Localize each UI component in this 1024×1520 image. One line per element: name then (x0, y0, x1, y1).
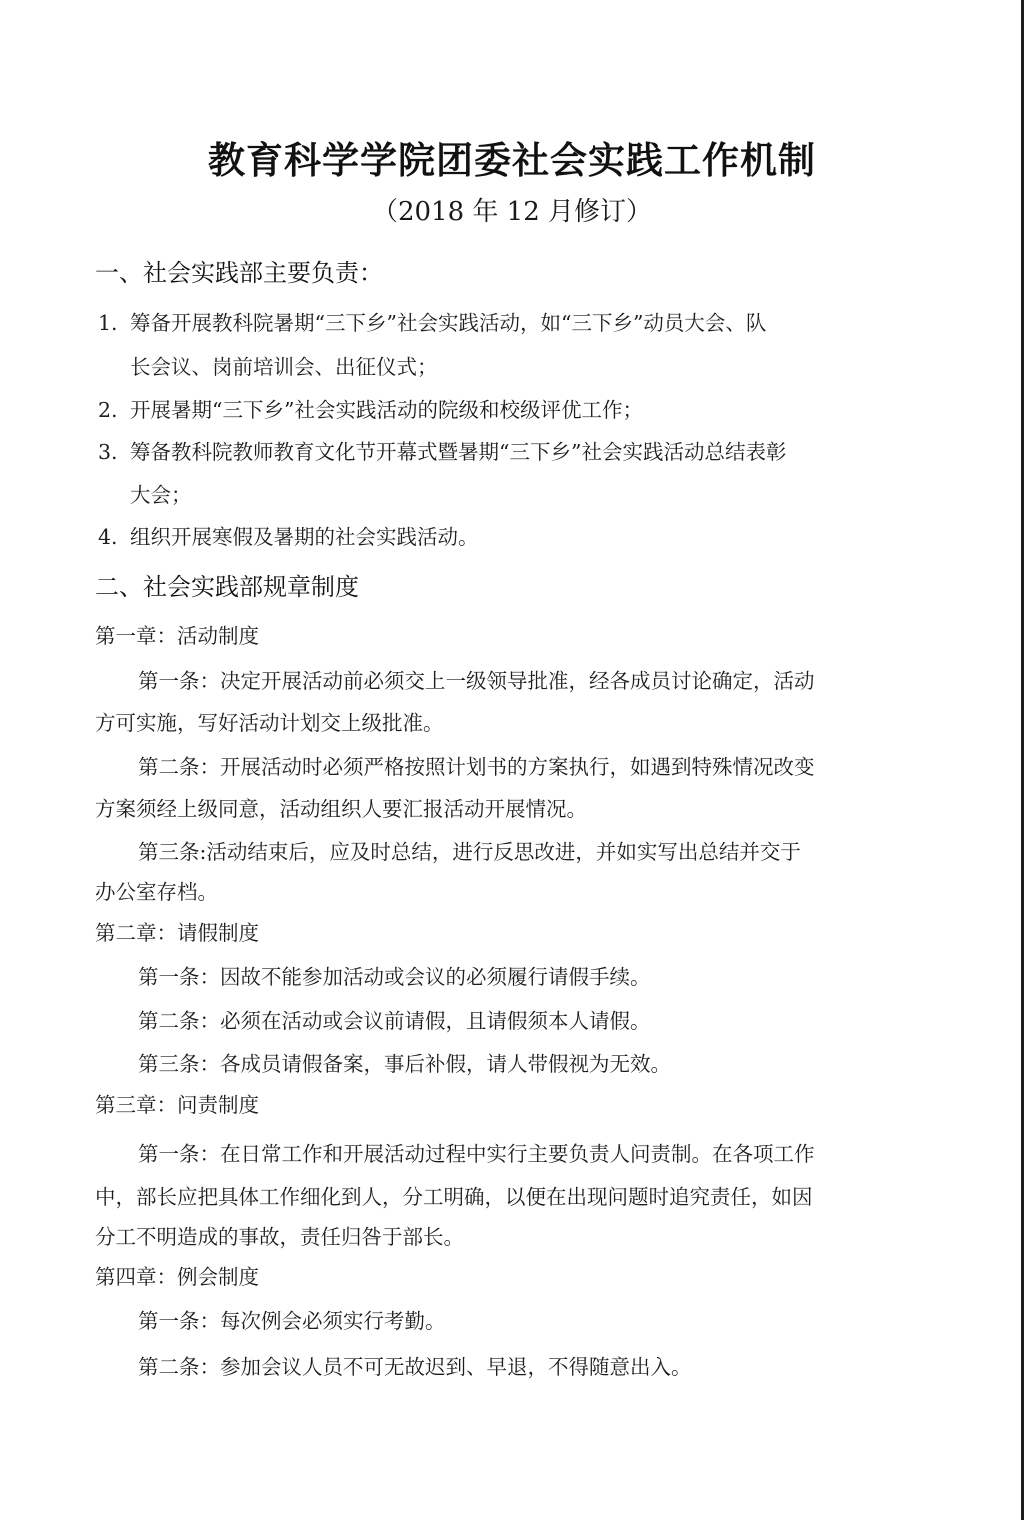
chapter-2-article-2: 第二条：必须在活动或会议前请假，且请假须本人请假。 (138, 1004, 651, 1034)
chapter-1-article-2: 第二条：开展活动时必须严格按照计划书的方案执行，如遇到特殊情况改变 (138, 750, 815, 780)
chapter-1-article-3: 第三条:活动结束后，应及时总结，进行反思改进，并如实写出总结并交于 (138, 835, 801, 865)
chapter-3-article-1-cont2: 分工不明造成的事故，责任归咎于部长。 (95, 1220, 464, 1250)
list-item-2: 2.开展暑期“三下乡”社会实践活动的院级和校级评优工作； (98, 393, 643, 423)
chapter-4-article-1: 第一条：每次例会必须实行考勤。 (138, 1304, 446, 1334)
chapter-3-article-1: 第一条：在日常工作和开展活动过程中实行主要负责人问责制。在各项工作 (138, 1137, 815, 1167)
document-title: 教育科学学院团委社会实践工作机制 (0, 130, 1024, 184)
section2-heading: 二、社会实践部规章制度 (95, 567, 359, 602)
chapter-1-article-3-cont: 办公室存档。 (95, 875, 218, 905)
chapter-2-article-3: 第三条：各成员请假备案，事后补假，请人带假视为无效。 (138, 1047, 671, 1077)
chapter-2-article-1: 第一条：因故不能参加活动或会议的必须履行请假手续。 (138, 960, 651, 990)
document-subtitle: （2018 年 12 月修订） (0, 191, 1024, 228)
chapter-1-article-1: 第一条：决定开展活动前必须交上一级领导批准，经各成员讨论确定，活动 (138, 664, 815, 694)
list-item-3: 3.筹备教科院教师教育文化节开幕式暨暑期“三下乡”社会实践活动总结表彰 (98, 435, 786, 465)
chapter-2-title: 第二章：请假制度 (95, 916, 259, 946)
chapter-1-article-1-cont: 方可实施，写好活动计划交上级批准。 (95, 706, 444, 736)
chapter-4-article-2: 第二条：参加会议人员不可无故迟到、早退，不得随意出入。 (138, 1350, 692, 1380)
chapter-3-article-1-cont: 中，部长应把具体工作细化到人，分工明确，以便在出现问题时追究责任，如因 (95, 1180, 813, 1210)
list-item-3-cont: 大会； (130, 478, 192, 508)
chapter-1-title: 第一章：活动制度 (95, 619, 259, 649)
chapter-3-title: 第三章：问责制度 (95, 1088, 259, 1118)
chapter-1-article-2-cont: 方案须经上级同意，活动组织人要汇报活动开展情况。 (95, 792, 587, 822)
list-item-1-cont: 长会议、岗前培训会、出征仪式； (130, 350, 438, 380)
chapter-4-title: 第四章：例会制度 (95, 1260, 259, 1290)
section1-heading: 一、社会实践部主要负责： (95, 253, 383, 288)
list-item-1: 1.筹备开展教科院暑期“三下乡”社会实践活动，如“三下乡”动员大会、队 (98, 306, 766, 336)
list-item-4: 4.组织开展寒假及暑期的社会实践活动。 (98, 520, 479, 550)
